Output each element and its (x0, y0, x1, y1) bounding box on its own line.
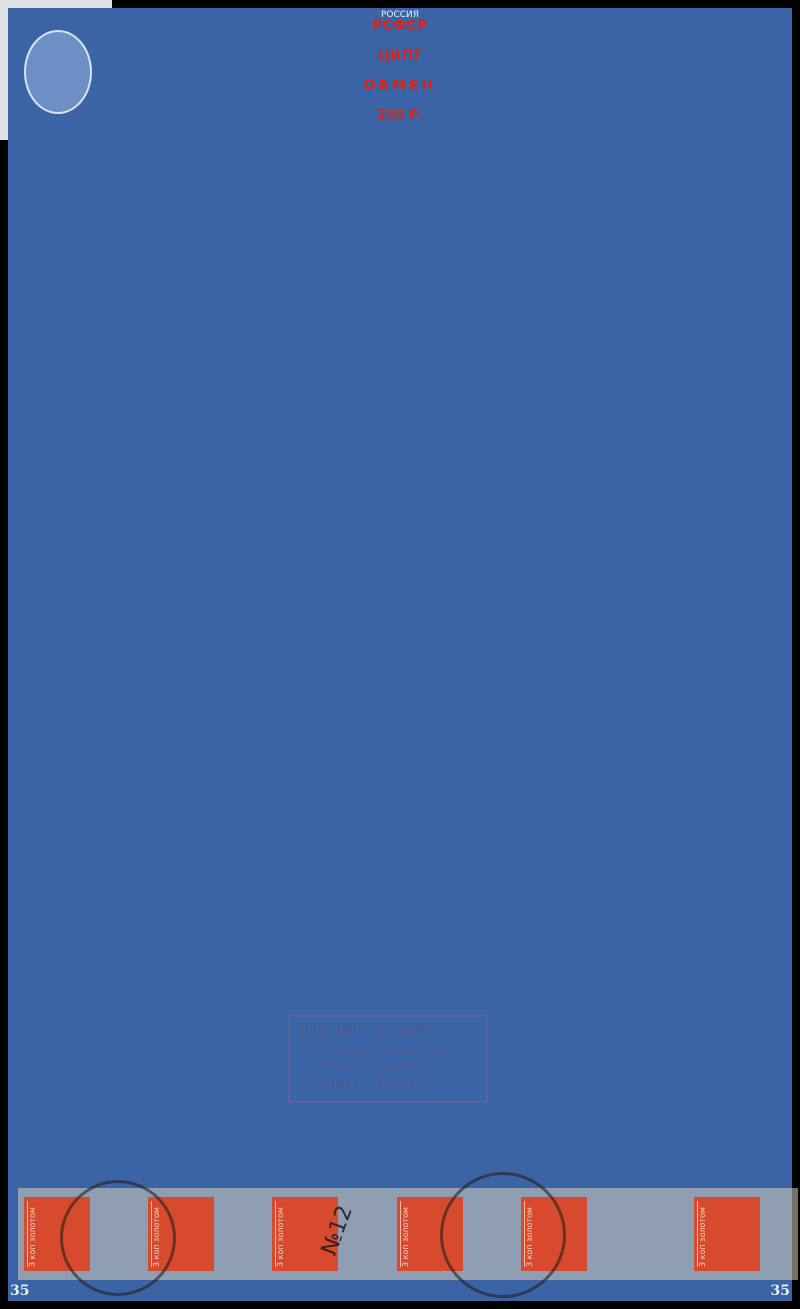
overprint-line-3: ОБМЕН (8, 78, 792, 94)
value-left: 35 (10, 1283, 29, 1299)
overprint-line-2: ЦКПГ (8, 48, 792, 64)
stamp-design: РОССИЯ РСФСР ЦКПГ ОБМЕН 250 Р. 35 35 (8, 8, 792, 1301)
blue-overprint-stamp: РОССИЯ РСФСР ЦКПГ ОБМЕН 250 Р. 35 35 (0, 0, 112, 140)
cachet-line-4: 11 X 1923 г. № 2015 (298, 1079, 424, 1093)
red-stamp-label: 3 коп золотом (400, 1201, 417, 1267)
stamp-oval (24, 30, 92, 114)
value-right: 35 (771, 1283, 790, 1299)
red-stamp-label: 3 коп золотом (275, 1201, 292, 1267)
strip-postmark (60, 1180, 176, 1296)
red-stamp: 3 коп золотом (694, 1197, 760, 1271)
red-stamp-label: 3 коп золотом (27, 1201, 44, 1267)
red-stamp-label: 3 коп золотом (697, 1201, 714, 1267)
cachet-line-1: УПОЛ. ЦКПГ при ВЦИК (298, 1023, 429, 1036)
overprint-line-4: 250 Р. (8, 108, 792, 123)
box-cachet: УПОЛ. ЦКПГ при ВЦИК По марочным пожертво… (288, 1015, 488, 1103)
overprint-line-1: РСФСР (8, 18, 792, 34)
strip-postmark (440, 1172, 566, 1298)
cachet-line-3: в России и за границей (314, 1061, 425, 1071)
cachet-line-2: По марочным пожертвованиям (298, 1045, 446, 1055)
